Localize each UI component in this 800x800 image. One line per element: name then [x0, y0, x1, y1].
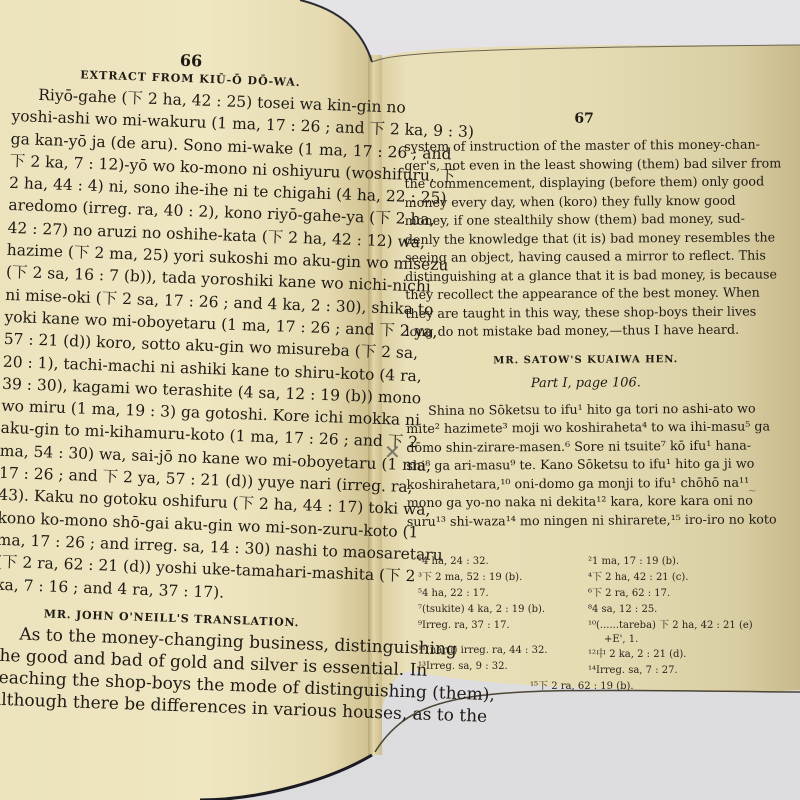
translation-line: money, if one stealthily show (them) bad…	[405, 209, 765, 230]
footnote: ⁴下 2 ha, 42 : 21 (c).	[588, 571, 688, 585]
romanized-line: mite² hazimete³ moji wo koshiraheta⁴ to …	[406, 417, 766, 438]
translation-line: the commencement, displaying (before the…	[404, 172, 764, 193]
translation-line: ger's, not even in the least showing (th…	[404, 154, 764, 175]
translation-line: denly the knowledge that (it is) bad mon…	[405, 228, 765, 249]
footnote: ⁶下 2 ra, 62 : 17.	[588, 587, 670, 601]
translation-line: seeing an object, having caused a mirror…	[405, 246, 765, 267]
footnote: ¹⁵下 2 ra, 62 : 19 (b).	[530, 680, 634, 694]
footnote: ¹⁴Irreg. sa, 7 : 27.	[588, 664, 678, 678]
footnote: ¹⁰(......tareba) 下 2 ha, 42 : 21 (e)	[588, 619, 753, 633]
footnote: +E', 1.	[604, 633, 638, 647]
pencil-mark-icon: ✕	[384, 440, 401, 464]
page-number-right: 67	[404, 109, 764, 128]
translation-line: they are taught in this way, these shop-…	[405, 302, 765, 323]
footnote: ¹4 ha, 24 : 32.	[418, 555, 489, 569]
translation-line: money every day, when (koro) they fully …	[405, 191, 765, 212]
right-page-text: 67 system of instruction of the master o…	[404, 109, 767, 531]
translation-line: system of instruction of the master of t…	[404, 135, 764, 156]
romanized-line: dōmo shin-zirare-masen.⁶ Sore ni tsuite⁷…	[406, 436, 766, 457]
romanized-line: mono ga yo-no naka ni dekita¹² kara, kor…	[407, 491, 767, 512]
footnote: ¹³Irreg. sa, 9 : 32.	[418, 660, 508, 674]
footnote: ¹¹(naru) irreg. ra, 44 : 32.	[418, 644, 548, 658]
romanized-line: koshirahetara,¹⁰ oni-domo ga monji to if…	[407, 473, 767, 494]
footnote: ⁵4 ha, 22 : 17.	[418, 587, 489, 601]
footnote: ⁹Irreg. ra, 37 : 17.	[418, 619, 510, 633]
romanized-line: Shina no Sōketsu to ifu¹ hito ga tori no…	[406, 399, 766, 420]
romanized-line: suru¹³ shi-waza¹⁴ mo ningen ni shirarete…	[407, 510, 767, 531]
section-subheading: Part I, page 106.	[406, 374, 766, 392]
pencil-annotation-icon: ~	[748, 486, 756, 497]
translation-line: they recollect the appearance of the bes…	[405, 283, 765, 304]
translation-line: distinguishing at a glance that it is ba…	[405, 265, 765, 286]
translation-line: long do not mistake bad money,—thus I ha…	[405, 320, 765, 341]
footnote: ³下 2 ma, 52 : 19 (b).	[418, 571, 522, 585]
footnote: ⁸4 sa, 12 : 25.	[588, 603, 657, 617]
footnote: ²1 ma, 17 : 19 (b).	[588, 555, 679, 569]
footnote: ¹²中 2 ka, 2 : 21 (d).	[588, 648, 687, 662]
section-heading: MR. SATOW'S KUAIWA HEN.	[406, 353, 766, 367]
romanized-line: shi⁸ ga ari-masu⁹ te. Kano Sōketsu to if…	[406, 454, 766, 475]
footnote: ⁷(tsukite) 4 ka, 2 : 19 (b).	[418, 603, 545, 617]
left-page-text: 66 EXTRACT FROM KIŪ-Ō DŌ-WA. Riyō-gahe (…	[0, 45, 369, 723]
